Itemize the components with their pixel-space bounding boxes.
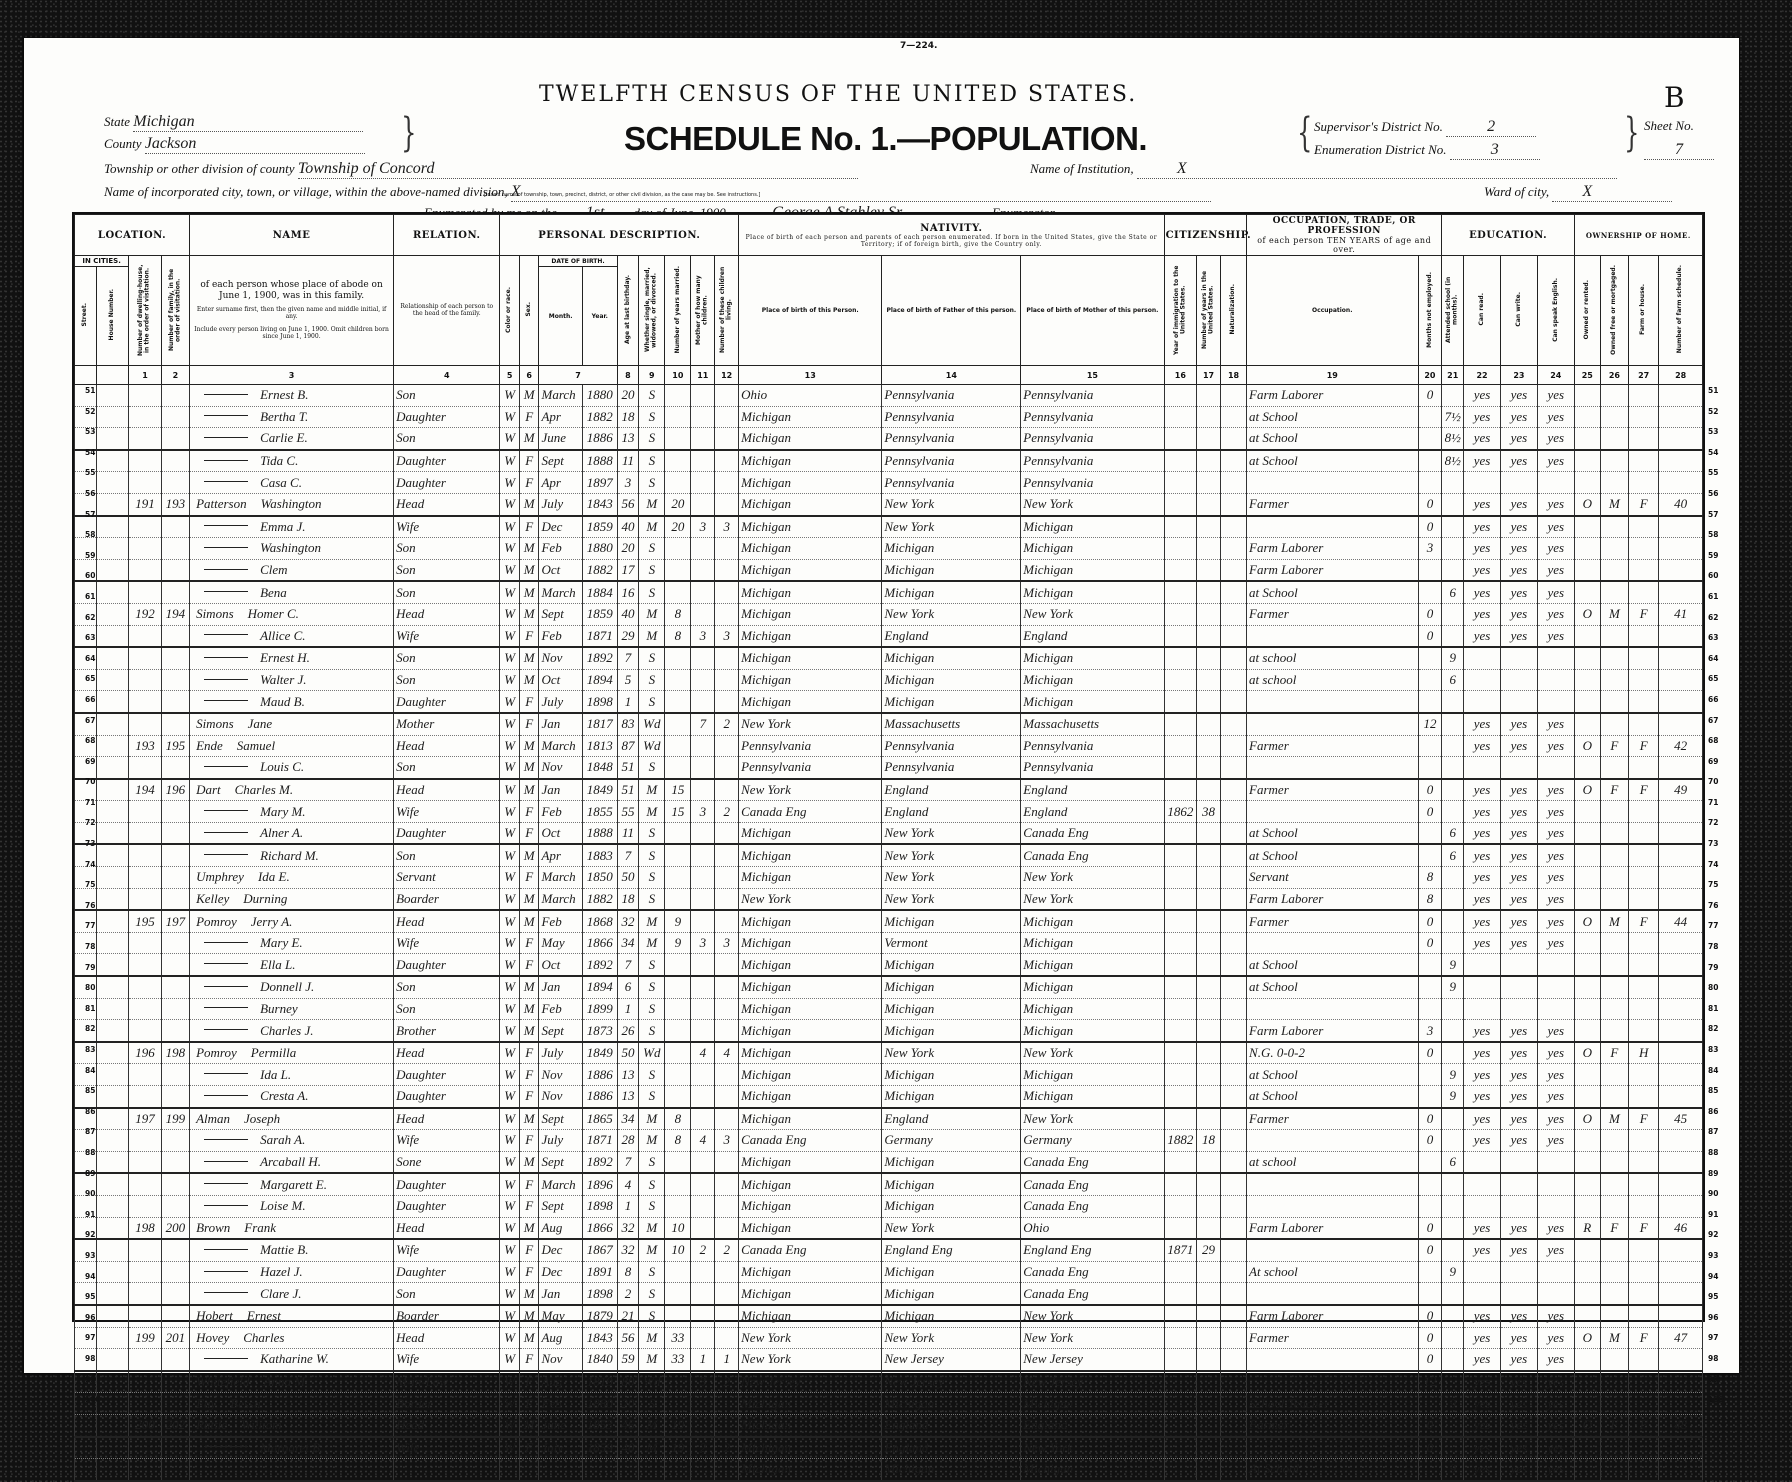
- farm-schedule-cell: [1659, 1064, 1703, 1086]
- can-speak-english-cell: yes: [1537, 493, 1574, 515]
- line-number: 72: [1708, 813, 1728, 834]
- farm-house-cell: [1628, 954, 1658, 976]
- years-married-cell: [665, 428, 691, 450]
- owned-rented-cell: O: [1574, 910, 1600, 932]
- immigration-year-cell: [1164, 932, 1197, 954]
- city-value: X: [511, 183, 521, 200]
- family-number-cell: [161, 428, 189, 450]
- name-cell: Hazel J.: [190, 1261, 394, 1283]
- ditto-dash: [204, 679, 248, 680]
- can-write-cell: yes: [1500, 625, 1537, 647]
- marital-cell: S: [639, 844, 665, 866]
- table-row: HobertErnestBoarderWMMay187921SMichiganM…: [75, 1305, 1703, 1327]
- mother-of-cell: [691, 954, 715, 976]
- age-cell: 18: [617, 888, 639, 910]
- farm-house-cell: [1628, 472, 1658, 494]
- occupation-cell: [1247, 1130, 1418, 1152]
- column-numbers-row: 1234567891011121314151617181920212223242…: [75, 366, 1703, 385]
- mother-birthplace-cell: Pennsylvania: [1021, 450, 1164, 472]
- birth-month-cell: July: [539, 1130, 582, 1152]
- father-birthplace-cell: Germany: [882, 1130, 1021, 1152]
- ditto-dash: [204, 394, 248, 395]
- mother-of-cell: 4: [691, 1130, 715, 1152]
- name-cell: Alner A.: [190, 822, 394, 844]
- birthplace-cell: Michigan: [739, 1020, 882, 1042]
- attended-school-cell: [1442, 559, 1464, 581]
- color-cell: W: [500, 625, 520, 647]
- family-number-cell: [161, 998, 189, 1020]
- mother-of-cell: [691, 844, 715, 866]
- mother-of-cell: [691, 538, 715, 560]
- farm-house-cell: [1628, 385, 1658, 407]
- can-read-cell: yes: [1464, 735, 1501, 757]
- naturalization-cell: [1220, 954, 1246, 976]
- sex-cell: M: [519, 428, 539, 450]
- owned-rented-cell: [1574, 1195, 1600, 1217]
- birth-month-cell: March: [539, 735, 582, 757]
- can-speak-english-cell: yes: [1537, 1217, 1574, 1239]
- years-in-us-cell: [1197, 1349, 1221, 1371]
- age-cell: 2: [617, 1283, 639, 1305]
- can-speak-english-cell: yes: [1537, 822, 1574, 844]
- birth-year-cell: 1880: [582, 1393, 617, 1414]
- birthplace-cell: Michigan: [739, 493, 882, 515]
- naturalization-cell: [1220, 822, 1246, 844]
- sex-cell: F: [519, 1371, 539, 1393]
- line-number: 61: [85, 587, 105, 608]
- age-cell: 28: [617, 1130, 639, 1152]
- sex-cell: F: [519, 625, 539, 647]
- marital-cell: S: [639, 757, 665, 779]
- farm-schedule-cell: [1659, 1195, 1703, 1217]
- sex-cell: F: [519, 1393, 539, 1414]
- owned-rented-cell: [1574, 888, 1600, 910]
- years-in-us-cell: [1197, 976, 1221, 998]
- dwelling-number-cell: 194: [129, 779, 162, 801]
- months-unemployed-cell: [1418, 559, 1442, 581]
- can-read-cell: yes: [1464, 603, 1501, 625]
- birth-year-cell: 1865: [582, 1108, 617, 1130]
- given-name: Maud B.: [260, 694, 305, 709]
- name-cell: Ernest H.: [190, 647, 394, 669]
- years-in-us-cell: [1197, 1393, 1221, 1414]
- name-cell: PomroyPermilla: [190, 1042, 394, 1064]
- occupation-cell: at School: [1247, 406, 1418, 428]
- farm-house-cell: [1628, 538, 1658, 560]
- given-name: Margarett E.: [260, 1177, 327, 1192]
- given-name: Sarah A.: [260, 1132, 305, 1147]
- children-living-cell: [715, 976, 739, 998]
- color-cell: W: [500, 867, 520, 889]
- farm-schedule-cell: [1659, 1173, 1703, 1195]
- can-read-header: Can read.: [1464, 256, 1501, 366]
- birthplace-cell: Michigan: [739, 581, 882, 603]
- family-number-header: Number of family, in the order of visita…: [161, 256, 189, 366]
- name-cell: Ida L.: [190, 1064, 394, 1086]
- father-birthplace-cell: Michigan: [882, 559, 1021, 581]
- farm-schedule-cell: [1659, 1239, 1703, 1261]
- can-read-cell: yes: [1464, 1305, 1501, 1327]
- table-row: 196198PomroyPermillaHeadWFJuly184950Wd44…: [75, 1042, 1703, 1064]
- column-number: 6: [519, 366, 539, 385]
- farm-schedule-cell: [1659, 1020, 1703, 1042]
- attended-school-cell: 9: [1442, 647, 1464, 669]
- occupation-cell: [1247, 1173, 1418, 1195]
- can-speak-english-cell: yes: [1537, 801, 1574, 823]
- column-number: 2: [161, 366, 189, 385]
- column-number: 17: [1197, 366, 1221, 385]
- months-unemployed-cell: [1418, 691, 1442, 713]
- farm-schedule-cell: [1659, 1130, 1703, 1152]
- marital-header: Whether single, married, widowed, or div…: [639, 256, 665, 366]
- farm-schedule-cell: [1659, 757, 1703, 779]
- relation-cell: Daughter: [394, 1086, 500, 1108]
- line-number: 51: [1708, 381, 1728, 402]
- name-cell: Donnell J.: [190, 976, 394, 998]
- years-in-us-cell: [1197, 516, 1221, 538]
- can-read-cell: yes: [1464, 713, 1501, 735]
- can-read-cell: [1464, 1195, 1501, 1217]
- can-read-cell: yes: [1464, 844, 1501, 866]
- relation-description: Relationship of each person to the head …: [394, 256, 500, 366]
- marital-cell: S: [639, 976, 665, 998]
- owned-rented-cell: [1574, 1371, 1600, 1393]
- father-birthplace-cell: Pennsylvania: [882, 757, 1021, 779]
- institution-field: Name of Institution, X: [1030, 160, 1617, 179]
- owned-rented-cell: [1574, 757, 1600, 779]
- line-number: 83: [1708, 1040, 1728, 1061]
- naturalization-label: Naturalization.: [1230, 284, 1237, 334]
- father-birthplace-cell: Vermont: [882, 932, 1021, 954]
- naturalization-cell: [1220, 625, 1246, 647]
- months-unemployed-cell: [1418, 976, 1442, 998]
- color-cell: W: [500, 1327, 520, 1349]
- birth-year-cell: 1873: [582, 1020, 617, 1042]
- years-in-us-cell: [1197, 1327, 1221, 1349]
- occupation-cell: Farmer: [1247, 1327, 1418, 1349]
- given-name: Clare J.: [260, 1286, 301, 1301]
- dwelling-number-cell: [129, 1195, 162, 1217]
- mother-of-cell: [691, 450, 715, 472]
- can-speak-english-cell: yes: [1537, 428, 1574, 450]
- dwelling-number-cell: [129, 406, 162, 428]
- name-cell: DartCharles M.: [190, 779, 394, 801]
- can-read-cell: yes: [1464, 1371, 1501, 1393]
- occupation-cell: [1247, 1195, 1418, 1217]
- farm-schedule-cell: [1659, 428, 1703, 450]
- sex-cell: M: [519, 669, 539, 691]
- line-number: 77: [1708, 916, 1728, 937]
- naturalization-cell: [1220, 932, 1246, 954]
- immigration-year-cell: [1164, 1108, 1197, 1130]
- free-mortgaged-cell: [1600, 428, 1628, 450]
- marital-cell: S: [639, 1173, 665, 1195]
- children-living-cell: [715, 888, 739, 910]
- months-unemployed-cell: [1418, 428, 1442, 450]
- relation-cell: Son: [394, 757, 500, 779]
- months-unemployed-header: Months not employed.: [1418, 256, 1442, 366]
- naturalization-cell: [1220, 450, 1246, 472]
- birth-year-cell: 1886: [582, 428, 617, 450]
- naturalization-cell: [1220, 603, 1246, 625]
- father-birthplace-cell: Michigan: [882, 976, 1021, 998]
- can-read-cell: yes: [1464, 1108, 1501, 1130]
- father-birthplace-cell: New Jersey: [882, 1371, 1021, 1393]
- ditto-dash: [204, 1292, 248, 1293]
- birthplace-cell: Michigan: [739, 428, 882, 450]
- can-write-cell: [1500, 691, 1537, 713]
- owned-rented-cell: [1574, 1283, 1600, 1305]
- birthplace-cell: Michigan: [739, 1195, 882, 1217]
- farm-schedule-cell: [1659, 581, 1703, 603]
- children-living-cell: [715, 1327, 739, 1349]
- free-mortgaged-cell: [1600, 801, 1628, 823]
- can-write-cell: [1500, 472, 1537, 494]
- mother-birthplace-cell: New York: [1021, 1108, 1164, 1130]
- naturalization-cell: [1220, 669, 1246, 691]
- mother-birthplace-cell: Michigan: [1021, 1086, 1164, 1108]
- table-row: SimonsJaneMotherWFJan181783Wd72New YorkM…: [75, 713, 1703, 735]
- name-cell: Bertha T.: [190, 406, 394, 428]
- can-speak-english-cell: [1537, 472, 1574, 494]
- ditto-dash: [204, 1139, 248, 1140]
- birth-year-cell: 1897: [582, 472, 617, 494]
- mother-birthplace-cell: New York: [1021, 493, 1164, 515]
- family-number-cell: [161, 581, 189, 603]
- farm-house-cell: [1628, 669, 1658, 691]
- county-field: County Jackson: [104, 135, 365, 154]
- marital-cell: M: [639, 1108, 665, 1130]
- age-cell: 50: [617, 867, 639, 889]
- immigration-year-cell: [1164, 406, 1197, 428]
- farm-schedule-cell: [1659, 1349, 1703, 1371]
- months-unemployed-cell: 0: [1418, 625, 1442, 647]
- birth-month-cell: Feb: [539, 1393, 582, 1414]
- mother-of-cell: [691, 757, 715, 779]
- free-mortgaged-cell: [1600, 1130, 1628, 1152]
- mother-of-cell: [691, 822, 715, 844]
- birthplace-cell: Michigan: [739, 1064, 882, 1086]
- farm-house-cell: [1628, 647, 1658, 669]
- line-number: 60: [85, 566, 105, 587]
- line-number: 62: [85, 608, 105, 629]
- farm-house-cell: [1628, 1151, 1658, 1173]
- dwelling-number-cell: [129, 713, 162, 735]
- birthplace-cell: Michigan: [739, 1261, 882, 1283]
- free-mortgaged-cell: [1600, 385, 1628, 407]
- free-mortgaged-cell: M: [1600, 910, 1628, 932]
- relation-cell: Son: [394, 647, 500, 669]
- farm-schedule-cell: [1659, 1261, 1703, 1283]
- immigration-year-cell: [1164, 1261, 1197, 1283]
- mother-birthplace-cell: Ohio: [1021, 1217, 1164, 1239]
- immigration-year-cell: [1164, 1283, 1197, 1305]
- ward-value: X: [1582, 183, 1592, 200]
- given-name: Charles: [243, 1330, 284, 1345]
- immigration-year-cell: [1164, 713, 1197, 735]
- months-unemployed-cell: 0: [1418, 910, 1442, 932]
- column-number: 24: [1537, 366, 1574, 385]
- marital-cell: S: [639, 1086, 665, 1108]
- mother-of-cell: [691, 647, 715, 669]
- can-write-cell: [1500, 954, 1537, 976]
- surname: Simons: [196, 606, 234, 621]
- ditto-dash: [204, 657, 248, 658]
- children-living-cell: [715, 450, 739, 472]
- mother-birthplace-cell: New York: [1021, 1327, 1164, 1349]
- mother-of-cell: [691, 1261, 715, 1283]
- mother-of-cell: [691, 385, 715, 407]
- ditto-dash: [204, 1029, 248, 1030]
- can-speak-english-cell: [1537, 998, 1574, 1020]
- color-cell: W: [500, 538, 520, 560]
- surname: Alman: [196, 1111, 230, 1126]
- immigration-year-cell: [1164, 1020, 1197, 1042]
- family-number-cell: [161, 1349, 189, 1371]
- relation-cell: Son: [394, 385, 500, 407]
- color-cell: W: [500, 385, 520, 407]
- birth-year-cell: 1882: [582, 888, 617, 910]
- mother-of-cell: 3: [691, 801, 715, 823]
- surname: Pomroy: [196, 1045, 237, 1060]
- occupation-cell: Farmer: [1247, 735, 1418, 757]
- years-married-cell: [665, 1393, 691, 1414]
- table-row: Ida L.DaughterWFNov188613SMichiganMichig…: [75, 1064, 1703, 1086]
- immigration-year-cell: [1164, 1042, 1197, 1064]
- given-name: Arcaball H.: [260, 1154, 321, 1169]
- color-cell: W: [500, 1108, 520, 1130]
- birth-year-cell: 1859: [582, 516, 617, 538]
- naturalization-cell: [1220, 713, 1246, 735]
- free-mortgaged-cell: M: [1600, 603, 1628, 625]
- naturalization-cell: [1220, 998, 1246, 1020]
- free-mortgaged-cell: [1600, 1064, 1628, 1086]
- line-number: 54: [85, 443, 105, 464]
- color-cell: W: [500, 779, 520, 801]
- father-birthplace-cell: Michigan: [882, 1305, 1021, 1327]
- naturalization-cell: [1220, 801, 1246, 823]
- line-number: 54: [1708, 443, 1728, 464]
- birthplace-cell: Michigan: [739, 998, 882, 1020]
- column-number: 27: [1628, 366, 1658, 385]
- birth-year-cell: 1840: [582, 1349, 617, 1371]
- attended-school-cell: 9: [1442, 1393, 1464, 1414]
- age-cell: 1: [617, 998, 639, 1020]
- table-row: Louis C.SonWMNov184851SPennsylvaniaPenns…: [75, 757, 1703, 779]
- immigration-year-cell: [1164, 385, 1197, 407]
- father-birthplace-cell: Michigan: [882, 691, 1021, 713]
- brace-icon: }: [401, 110, 416, 156]
- father-birthplace-cell: England: [882, 625, 1021, 647]
- family-number-cell: [161, 822, 189, 844]
- table-row: Casa C.DaughterWFApr18973SMichiganPennsy…: [75, 472, 1703, 494]
- can-speak-english-cell: yes: [1537, 385, 1574, 407]
- name-note-2: Include every person living on June 1, 1…: [191, 327, 392, 341]
- dwelling-number-label: Number of dwelling-house, in the order o…: [138, 264, 151, 356]
- ditto-dash: [204, 1007, 248, 1008]
- free-mortgaged-cell: [1600, 1020, 1628, 1042]
- months-unemployed-cell: 0: [1418, 385, 1442, 407]
- can-read-cell: [1464, 1283, 1501, 1305]
- attended-school-cell: 9: [1442, 954, 1464, 976]
- birth-year-cell: 1880: [582, 538, 617, 560]
- immigration-year-cell: [1164, 976, 1197, 998]
- dwelling-number-cell: [129, 954, 162, 976]
- farm-schedule-cell: [1659, 406, 1703, 428]
- immigration-year-cell: [1164, 867, 1197, 889]
- farm-house-cell: [1628, 1086, 1658, 1108]
- marital-cell: S: [639, 954, 665, 976]
- occupation-cell: Farmer: [1247, 910, 1418, 932]
- years-married-cell: [665, 1195, 691, 1217]
- state-value: Michigan: [133, 113, 194, 130]
- free-mortgaged-cell: [1600, 954, 1628, 976]
- sex-cell: F: [519, 1042, 539, 1064]
- can-write-cell: yes: [1500, 801, 1537, 823]
- can-read-cell: yes: [1464, 1217, 1501, 1239]
- birth-year-cell: 1888: [582, 822, 617, 844]
- color-cell: W: [500, 822, 520, 844]
- ditto-dash: [204, 1205, 248, 1206]
- name-cell: Margarett E.: [190, 1173, 394, 1195]
- birthplace-cell: Canada Eng: [739, 1239, 882, 1261]
- relation-cell: Wife: [394, 801, 500, 823]
- birth-month-cell: Nov: [539, 1064, 582, 1086]
- birth-month-cell: March: [539, 888, 582, 910]
- relation-cell: Head: [394, 779, 500, 801]
- months-unemployed-cell: 0: [1418, 1042, 1442, 1064]
- farm-house-cell: F: [1628, 1108, 1658, 1130]
- birthplace-cell: Michigan: [739, 603, 882, 625]
- census-title: TWELFTH CENSUS OF THE UNITED STATES.: [539, 82, 1137, 107]
- line-number: 84: [85, 1061, 105, 1082]
- can-speak-english-cell: yes: [1537, 779, 1574, 801]
- owned-rented-cell: [1574, 1305, 1600, 1327]
- name-cell: EndeSamuel: [190, 735, 394, 757]
- line-number: 75: [85, 875, 105, 896]
- farm-schedule-cell: 44: [1659, 910, 1703, 932]
- color-cell: W: [500, 844, 520, 866]
- father-birthplace-cell: New York: [882, 1217, 1021, 1239]
- family-number-cell: [161, 1261, 189, 1283]
- mother-birthplace-cell: Michigan: [1021, 910, 1164, 932]
- given-name: Charles J.: [260, 1023, 313, 1038]
- family-number-cell: [161, 472, 189, 494]
- years-married-cell: [665, 757, 691, 779]
- marital-cell: S: [639, 1195, 665, 1217]
- marital-cell: S: [639, 1064, 665, 1086]
- color-cell: W: [500, 801, 520, 823]
- immigration-year-label: Year of immigration to the United States…: [1174, 264, 1187, 356]
- line-number: 60: [1708, 566, 1728, 587]
- father-birthplace-cell: New York: [882, 1042, 1021, 1064]
- father-birthplace-cell: Michigan: [882, 581, 1021, 603]
- birth-year-cell: 1849: [582, 1042, 617, 1064]
- sex-cell: M: [519, 888, 539, 910]
- years-married-cell: 8: [665, 1130, 691, 1152]
- attended-school-cell: 7½: [1442, 406, 1464, 428]
- line-number: 79: [1708, 958, 1728, 979]
- sex-cell: F: [519, 1064, 539, 1086]
- birthplace-cell: Michigan: [739, 1151, 882, 1173]
- birth-month-cell: Dec: [539, 1261, 582, 1283]
- children-living-cell: [715, 1173, 739, 1195]
- years-in-us-cell: [1197, 1283, 1221, 1305]
- marital-cell: M: [639, 779, 665, 801]
- birth-month-cell: Feb: [539, 910, 582, 932]
- family-number-cell: [161, 406, 189, 428]
- birth-year-cell: 1855: [582, 801, 617, 823]
